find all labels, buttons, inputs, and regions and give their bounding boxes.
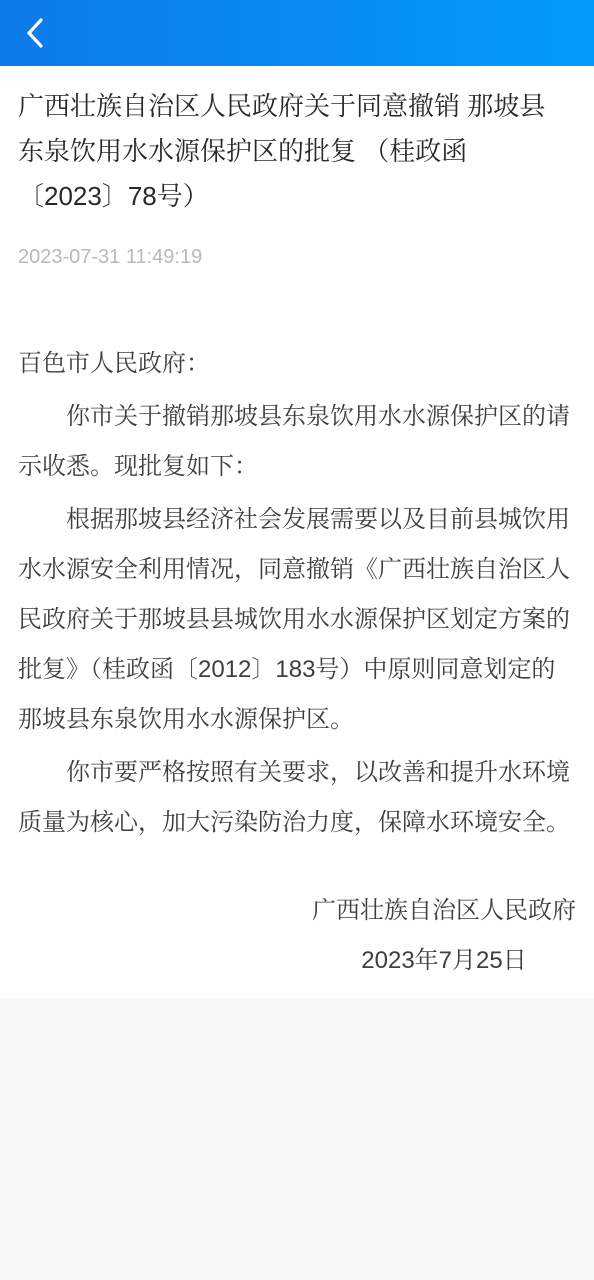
body-paragraph: 你市要严格按照有关要求，以改善和提升水环境质量为核心，加大污染防治力度，保障水环… [18,748,576,848]
page-footer-background [0,998,594,1280]
signature-author: 广西壮族自治区人民政府 [312,886,576,936]
signature-block: 广西壮族自治区人民政府 2023年7月25日 [18,886,576,986]
article-title: 广西壮族自治区人民政府关于同意撤销 那坡县 东泉饮用水水源保护区的批复 （桂政函… [18,84,576,219]
top-nav-bar [0,0,594,66]
chevron-left-icon [25,17,45,49]
signature-date: 2023年7月25日 [312,936,576,986]
article-card: 广西壮族自治区人民政府关于同意撤销 那坡县 东泉饮用水水源保护区的批复 （桂政函… [0,66,594,998]
salutation-paragraph: 百色市人民政府： [18,339,576,389]
app-screen: { "header": { "back_icon": "chevron-left… [0,0,594,1280]
publish-timestamp: 2023-07-31 11:49:19 [18,246,576,269]
body-paragraph: 根据那坡县经济社会发展需要以及目前县城饮用水水源安全利用情况，同意撤销《广西壮族… [18,495,576,745]
article-body: 百色市人民政府： 你市关于撤销那坡县东泉饮用水水源保护区的请示收悉。现批复如下：… [18,339,576,848]
body-paragraph: 你市关于撤销那坡县东泉饮用水水源保护区的请示收悉。现批复如下： [18,392,576,492]
back-button[interactable] [12,10,58,56]
